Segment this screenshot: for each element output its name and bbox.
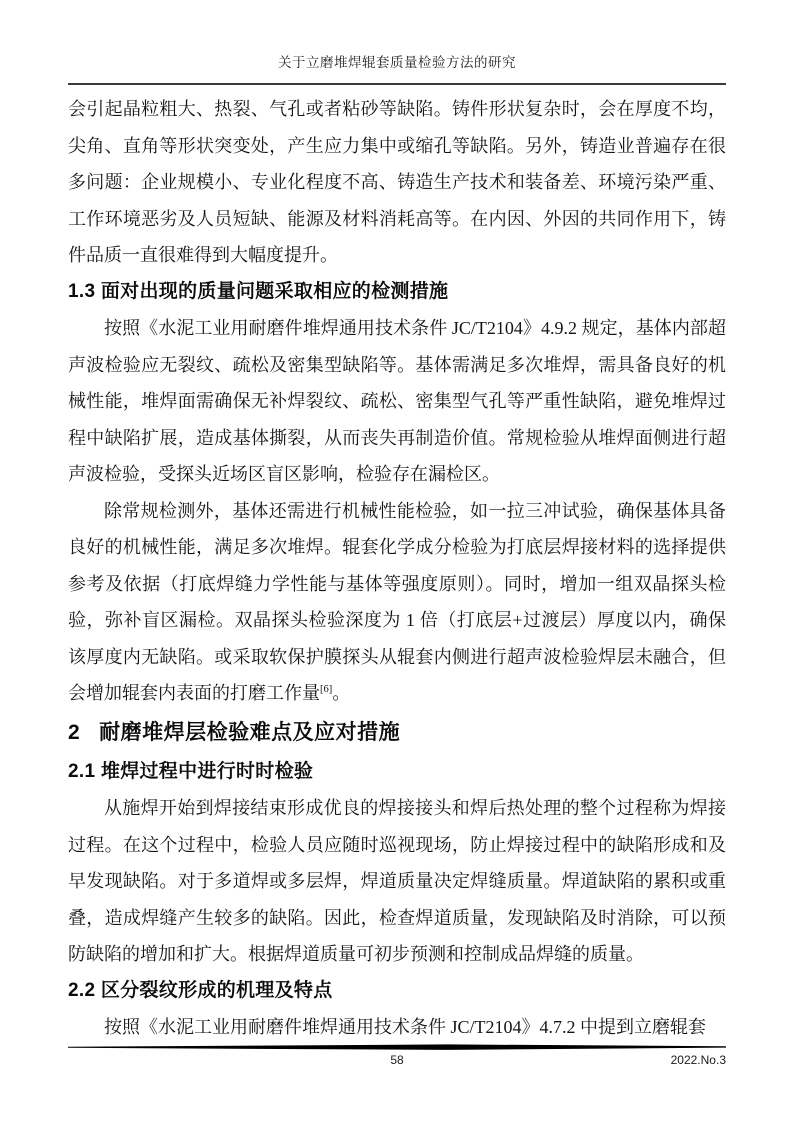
- heading-2-1: 2.1 堆焊过程中进行时时检验: [68, 754, 726, 791]
- paragraph-1-3-b: 除常规检测外，基体还需进行机械性能检验，如一拉三冲试验，确保基体具备良好的机械性…: [68, 493, 726, 712]
- document-page: 关于立磨堆焊辊套质量检验方法的研究 会引起晶粒粗大、热裂、气孔或者粘砂等缺陷。铸…: [0, 0, 793, 1122]
- issue-label: 2022.No.3: [671, 1052, 726, 1068]
- footer-tapered-rule: [68, 1044, 726, 1051]
- heading-2-title: 耐磨堆焊层检验难点及应对措施: [99, 721, 400, 744]
- paragraph-1-3-b-text: 除常规检测外，基体还需进行机械性能检验，如一拉三冲试验，确保基体具备良好的机械性…: [68, 501, 726, 704]
- paragraph-2-1: 从施焊开始到焊接结束形成优良的焊接接头和焊后热处理的整个过程称为焊接过程。在这个…: [68, 790, 726, 973]
- footer-row: 58 2022.No.3: [68, 1052, 726, 1068]
- heading-2: 2耐磨堆焊层检验难点及应对措施: [68, 712, 726, 754]
- heading-2-2: 2.2 区分裂纹形成的机理及特点: [68, 973, 726, 1010]
- page-number: 58: [390, 1053, 403, 1067]
- paragraph-1-3-b-tail: 。: [332, 683, 350, 703]
- document-body: 会引起晶粒粗大、热裂、气孔或者粘砂等缺陷。铸件形状复杂时，会在厚度不均，尖角、直…: [68, 85, 726, 1046]
- paragraph-2-2: 按照《水泥工业用耐磨件堆焊通用技术条件 JC/T2104》4.7.2 中提到立磨…: [68, 1009, 726, 1046]
- heading-1-3: 1.3 面对出现的质量问题采取相应的检测措施: [68, 274, 726, 311]
- paragraph-1-3-a: 按照《水泥工业用耐磨件堆焊通用技术条件 JC/T2104》4.9.2 规定，基体…: [68, 310, 726, 493]
- paragraph-continuation: 会引起晶粒粗大、热裂、气孔或者粘砂等缺陷。铸件形状复杂时，会在厚度不均，尖角、直…: [68, 91, 726, 274]
- heading-2-number: 2: [68, 721, 80, 744]
- citation-superscript: [6]: [320, 684, 332, 695]
- running-title: 关于立磨堆焊辊套质量检验方法的研究: [68, 54, 726, 72]
- page-header: 关于立磨堆焊辊套质量检验方法的研究: [68, 54, 726, 85]
- page-footer: 58 2022.No.3: [68, 1044, 726, 1068]
